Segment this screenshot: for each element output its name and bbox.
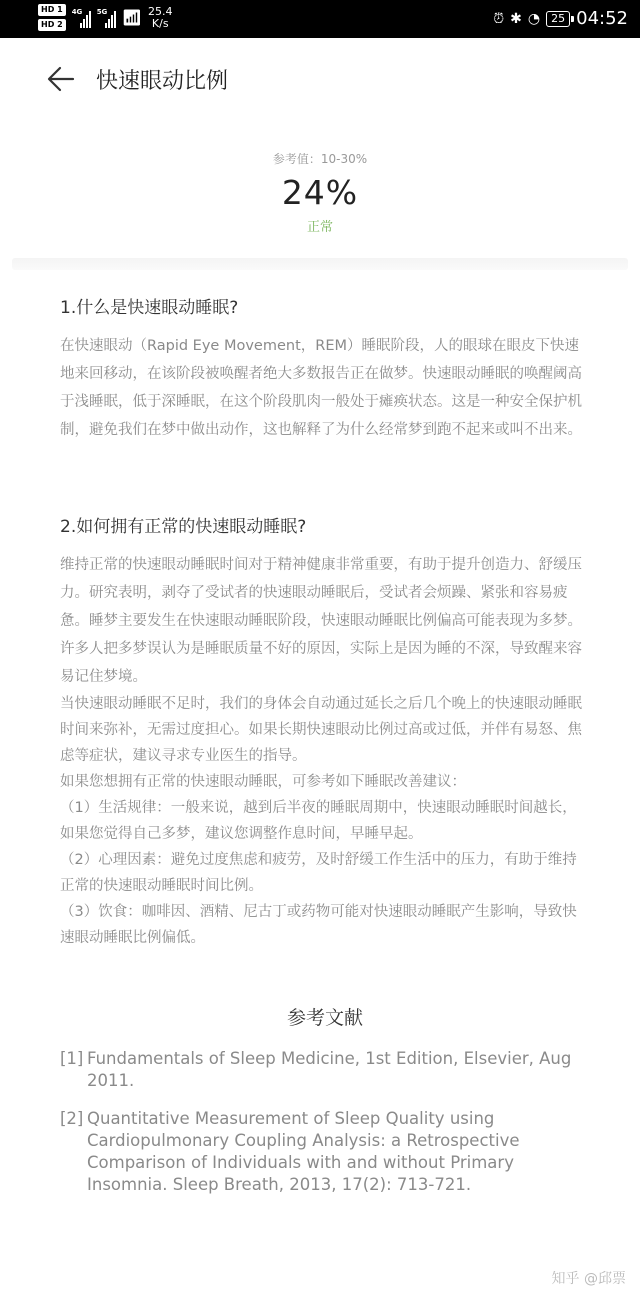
speedometer-icon: ◔ <box>528 11 540 27</box>
arrow-left-icon <box>46 64 76 94</box>
tip-item: （1）生活规律：一般来说，越到后半夜的睡眠周期中，快速眼动睡眠时间越长，如果您觉… <box>60 795 582 847</box>
section-title: 2.如何拥有正常的快速眼动睡眠? <box>60 512 582 537</box>
references: 参考文献 [1] Fundamentals of Sleep Medicine,… <box>60 1003 590 1196</box>
page-title: 快速眼动比例 <box>96 64 228 95</box>
app-header: 快速眼动比例 <box>0 52 640 104</box>
back-button[interactable] <box>46 64 76 94</box>
section-body: 在快速眼动（Rapid Eye Movement，REM）睡眠阶段，人的眼球在眼… <box>60 332 582 444</box>
section-paragraph: 维持正常的快速眼动睡眠时间对于精神健康非常重要，有助于提升创造力、舒缓压力。研究… <box>60 551 582 691</box>
status-badge: 正常 <box>0 216 640 235</box>
rem-percentage: 24% <box>0 173 640 212</box>
wifi-icon: 📶︎ <box>122 8 142 28</box>
battery-icon: 25 <box>546 11 570 27</box>
reference-item: [1] Fundamentals of Sleep Medicine, 1st … <box>60 1048 590 1092</box>
network-speed: 25.4 K/s <box>148 6 173 30</box>
tip-item: （2）心理因素：避免过度焦虑和疲劳，及时舒缓工作生活中的压力，有助于维持正常的快… <box>60 847 582 899</box>
rem-summary: 参考值：10-30% 24% 正常 <box>0 150 640 235</box>
section-what-is-rem: 1.什么是快速眼动睡眠? 在快速眼动（Rapid Eye Movement，RE… <box>60 293 582 444</box>
bluetooth-icon: ✱ <box>510 11 522 27</box>
section-title: 1.什么是快速眼动睡眠? <box>60 293 582 318</box>
status-bar: HD 1 HD 2 4G 5G 📶︎ 25.4 K/s ⏰︎ ✱ ◔ 25 04… <box>0 0 640 38</box>
alarm-icon: ⏰︎ <box>493 11 504 27</box>
section-divider <box>12 258 628 270</box>
section-how-to-have-normal-rem: 2.如何拥有正常的快速眼动睡眠? 维持正常的快速眼动睡眠时间对于精神健康非常重要… <box>60 512 582 951</box>
watermark: 知乎 @邱票 <box>552 1268 626 1288</box>
tip-item: （3）饮食：咖啡因、酒精、尼古丁或药物可能对快速眼动睡眠产生影响，导致快速眼动睡… <box>60 899 582 951</box>
clock: 04:52 <box>576 8 628 29</box>
signal-4g-icon: 4G <box>72 8 91 28</box>
status-right: ⏰︎ ✱ ◔ 25 04:52 <box>493 8 628 29</box>
sim1-hd-icon: HD 1 <box>38 4 66 16</box>
signal-5g-icon: 5G <box>97 8 116 28</box>
references-title: 参考文献 <box>60 1003 590 1030</box>
reference-item: [2] Quantitative Measurement of Sleep Qu… <box>60 1108 590 1196</box>
sim2-hd-icon: HD 2 <box>38 19 66 31</box>
status-left: HD 1 HD 2 4G 5G 📶︎ 25.4 K/s <box>38 4 173 31</box>
section-paragraph: 当快速眼动睡眠不足时，我们的身体会自动通过延长之后几个晚上的快速眼动睡眠时间来弥… <box>60 691 582 769</box>
reference-range: 参考值：10-30% <box>0 150 640 167</box>
section-paragraph: 如果您想拥有正常的快速眼动睡眠，可参考如下睡眠改善建议： <box>60 769 582 795</box>
